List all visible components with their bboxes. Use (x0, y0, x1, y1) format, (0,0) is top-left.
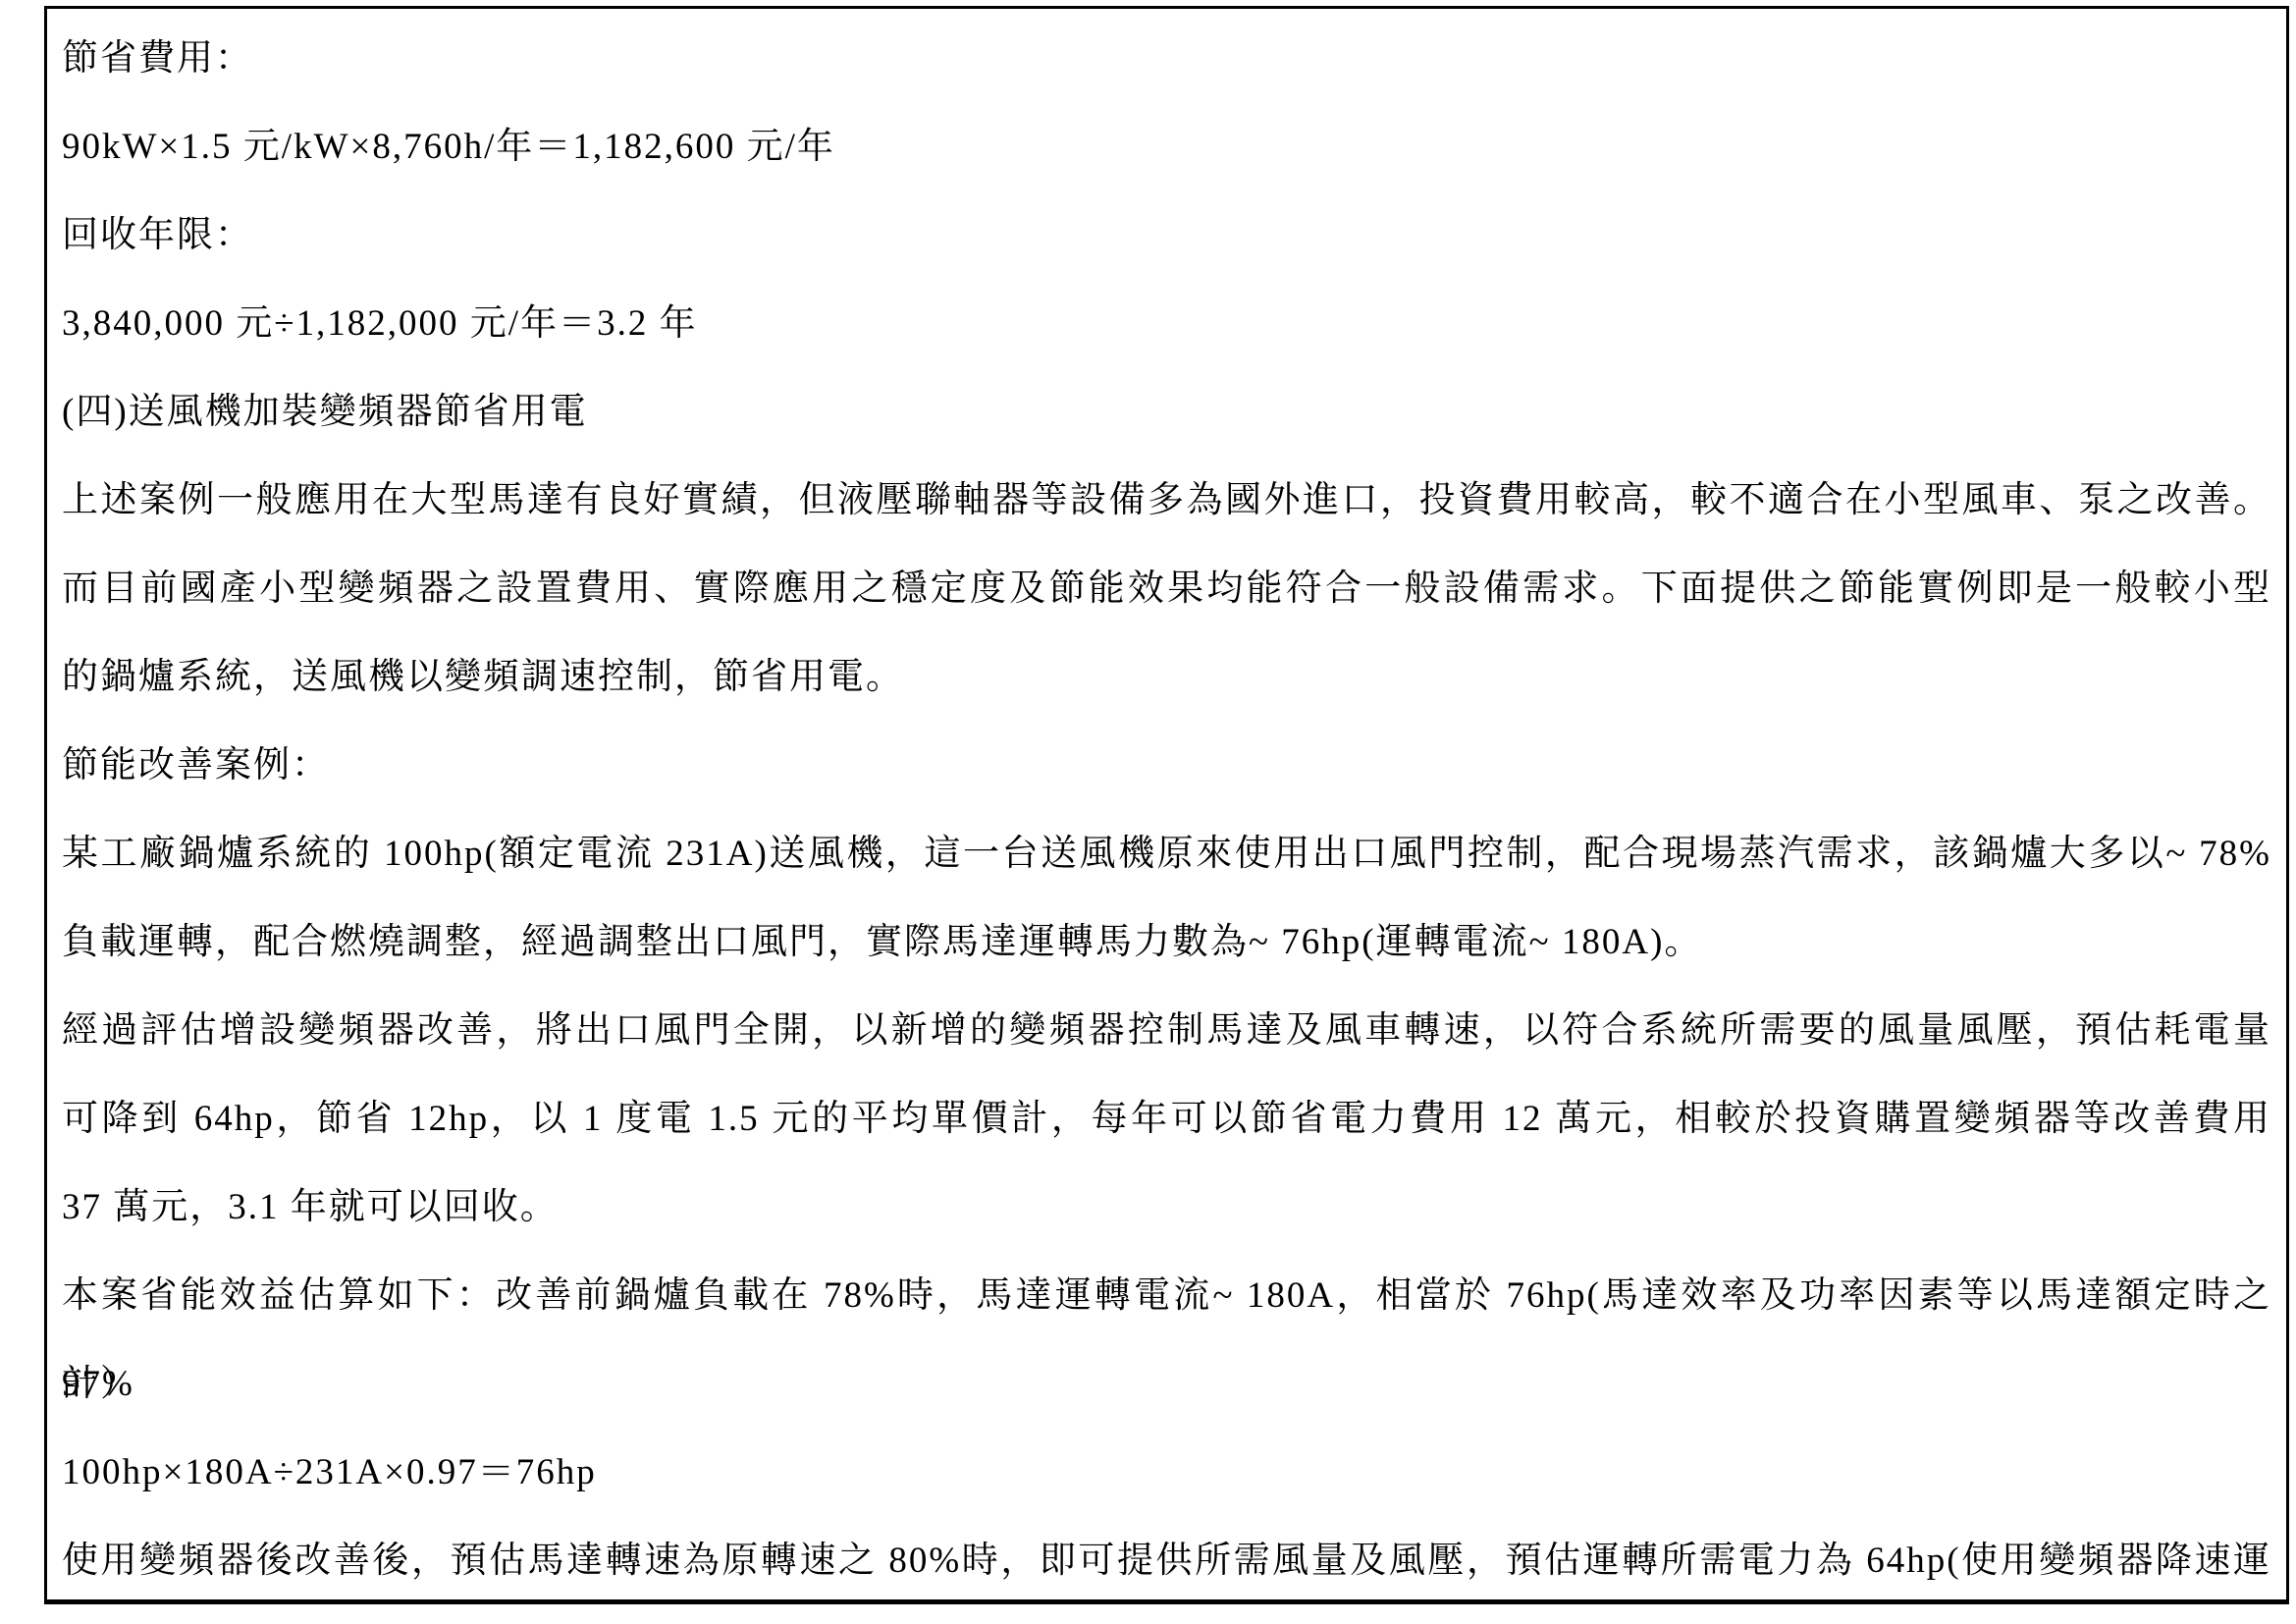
text-line: 100hp×180A÷231A×0.97＝76hp (62, 1429, 2271, 1517)
text-line: 90kW×1.5 元/kW×8,760h/年＝1,182,600 元/年 (62, 103, 2271, 191)
text-line: 經過評估增設變頻器改善，將出口風門全開，以新增的變頻器控制馬達及風車轉速，以符合… (62, 987, 2271, 1075)
text-line: 而目前國產小型變頻器之設置費用、實際應用之穩定度及節能效果均能符合一般設備需求。… (62, 545, 2271, 633)
text-line: 3,840,000 元÷1,182,000 元/年＝3.2 年 (62, 280, 2271, 368)
text-line: 計） (62, 1340, 2271, 1429)
text-line: 可降到 64hp，節省 12hp，以 1 度電 1.5 元的平均單價計，每年可以… (62, 1075, 2271, 1164)
text-line: 某工廠鍋爐系統的 100hp(額定電流 231A)送風機，這一台送風機原來使用出… (62, 810, 2271, 898)
text-line: 的鍋爐系統，送風機以變頻調速控制，節省用電。 (62, 633, 2271, 722)
text-line: 回收年限： (62, 191, 2271, 280)
text-line: 37 萬元，3.1 年就可以回收。 (62, 1164, 2271, 1252)
text-line: 本案省能效益估算如下：改善前鍋爐負載在 78%時，馬達運轉電流~ 180A，相當… (62, 1252, 2271, 1340)
text-line: (四)送風機加裝變頻器節省用電 (62, 368, 2271, 457)
text-line: 節能改善案例： (62, 722, 2271, 810)
document-text-area: 節省費用：90kW×1.5 元/kW×8,760h/年＝1,182,600 元/… (62, 15, 2271, 1599)
document-page: 節省費用：90kW×1.5 元/kW×8,760h/年＝1,182,600 元/… (44, 6, 2289, 1604)
text-line: 負載運轉，配合燃燒調整，經過調整出口風門，實際馬達運轉馬力數為~ 76hp(運轉… (62, 898, 2271, 987)
text-line: 使用變頻器後改善後，預估馬達轉速為原轉速之 80%時，即可提供所需風量及風壓，預… (62, 1517, 2271, 1599)
text-line: 節省費用： (62, 15, 2271, 103)
text-line: 上述案例一般應用在大型馬達有良好實績，但液壓聯軸器等設備多為國外進口，投資費用較… (62, 457, 2271, 545)
